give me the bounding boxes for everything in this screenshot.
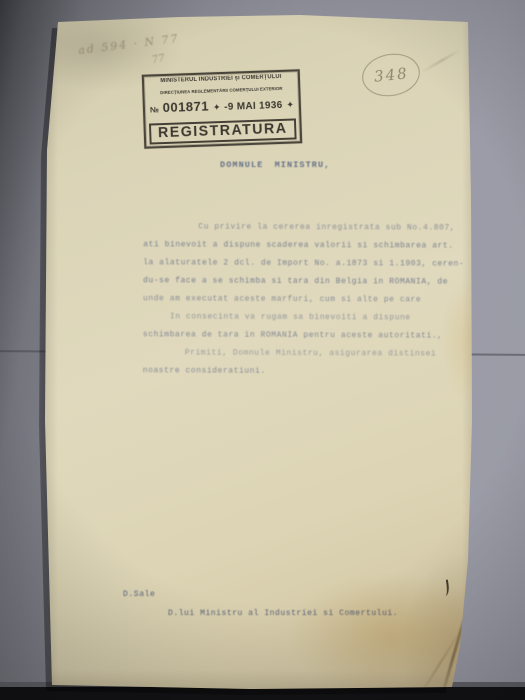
body-line: ati binevoit a dispune scaderea valorii … bbox=[143, 236, 483, 255]
stamp-registration-number: 001871 bbox=[162, 100, 209, 115]
body-line: Cu privire la cererea inregistrata sub N… bbox=[143, 218, 483, 237]
stamp-cross-icon: ✦ bbox=[213, 101, 221, 114]
stamp-number-row: № 001871 ✦ -9 MAI 1936 ✦ bbox=[147, 97, 297, 117]
registratura-label: REGISTRATURA bbox=[158, 121, 288, 142]
ink-mark bbox=[441, 580, 450, 597]
stamp-ministry-line: MINISTERUL INDUSTRIEI și COMERȚULUI bbox=[150, 74, 293, 86]
body-line: Primiti, Domnule Ministru, asigurarea di… bbox=[143, 344, 483, 363]
stamp-date: -9 MAI 1936 bbox=[224, 99, 283, 114]
paper-crease-top-right bbox=[421, 49, 462, 74]
stamp-direction-line: DIRECȚIUNEA REGLEMENTĂRII COMERȚULUI EXT… bbox=[152, 85, 292, 96]
body-line: schimbarea de tara in ROMANIA pentru ace… bbox=[143, 326, 483, 345]
footer-addressee: D.lui Ministru al Industriei si Comertul… bbox=[168, 609, 398, 618]
body-line: noastre consideratiuni. bbox=[143, 362, 483, 381]
pencil-circle: 348 bbox=[359, 49, 423, 100]
photo-background: ad 594 · N 77 77 348 MINISTERUL INDUSTRI… bbox=[0, 0, 525, 700]
pencil-note-secondary: 77 bbox=[151, 53, 165, 66]
numero-symbol: № bbox=[150, 104, 159, 117]
body-line: In consecinta va rugam sa binevoiti a di… bbox=[143, 308, 483, 327]
body-line: la alaturatele 2 dcl. de Import No. a.18… bbox=[143, 254, 483, 273]
document-paper: ad 594 · N 77 77 348 MINISTERUL INDUSTRI… bbox=[40, 10, 476, 692]
pencil-note: ad 594 · N 77 bbox=[78, 32, 181, 57]
stamp-cross-icon: ✦ bbox=[286, 99, 294, 112]
registratura-box: REGISTRATURA bbox=[149, 118, 297, 144]
footer-addressee-intro: D.Sale bbox=[123, 590, 155, 599]
body-line: unde am executat aceste marfuri, cum si … bbox=[143, 290, 483, 309]
body-line: du-se face a se schimba si tara din Belg… bbox=[143, 272, 483, 291]
registration-stamp: MINISTERUL INDUSTRIEI și COMERȚULUI DIRE… bbox=[142, 69, 302, 148]
letter-body: Cu privire la cererea inregistrata sub N… bbox=[143, 218, 484, 381]
letter-salutation: DOMNULE MINISTRU, bbox=[220, 160, 330, 170]
circled-number: 348 bbox=[373, 64, 409, 86]
